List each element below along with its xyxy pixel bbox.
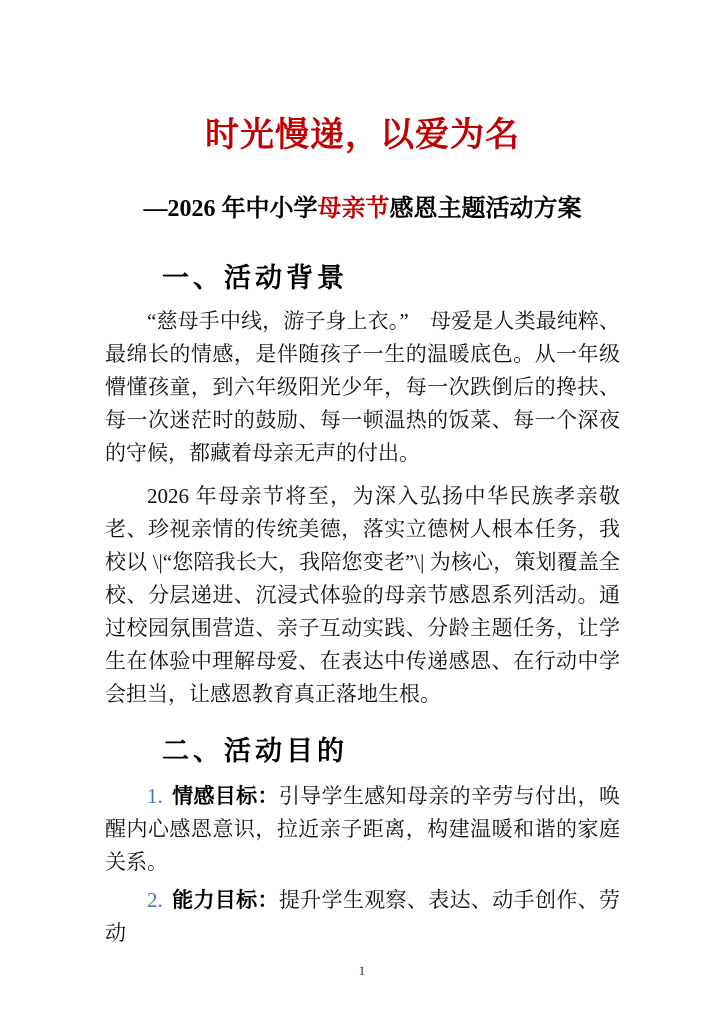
list-item-number: 1.: [147, 784, 163, 808]
document-page: 时光慢递，以爱为名 —2026 年中小学母亲节感恩主题活动方案 一、活动背景 “…: [0, 0, 724, 1024]
subtitle-highlight: 母亲节: [318, 196, 390, 222]
section-heading-purpose: 二、活动目的: [105, 732, 620, 770]
background-paragraph-1: “慈母手中线，游子身上衣。” 母爱是人类最纯粹、最绵长的情感，是伴随孩子一生的温…: [105, 305, 620, 470]
list-item-number: 2.: [147, 888, 163, 912]
list-item-label: 情感目标：: [172, 784, 279, 808]
purpose-list-item-1: 1.情感目标：引导学生感知母亲的辛劳与付出，唤醒内心感恩意识，拉近亲子距离，构建…: [105, 780, 620, 879]
document-title: 时光慢递，以爱为名: [105, 112, 620, 160]
list-item-label: 能力目标：: [172, 888, 279, 912]
section-heading-background: 一、活动背景: [105, 259, 620, 297]
subtitle-prefix: —2026 年中小学: [144, 196, 318, 222]
page-number: 1: [0, 963, 724, 979]
subtitle-suffix: 感恩主题活动方案: [390, 196, 582, 222]
purpose-list-item-2: 2.能力目标：提升学生观察、表达、动手创作、劳动: [105, 884, 620, 950]
document-content: 时光慢递，以爱为名 —2026 年中小学母亲节感恩主题活动方案 一、活动背景 “…: [0, 0, 724, 950]
document-subtitle: —2026 年中小学母亲节感恩主题活动方案: [105, 192, 620, 226]
background-paragraph-2: 2026 年母亲节将至，为深入弘扬中华民族孝亲敬老、珍视亲情的传统美德，落实立德…: [105, 480, 620, 711]
